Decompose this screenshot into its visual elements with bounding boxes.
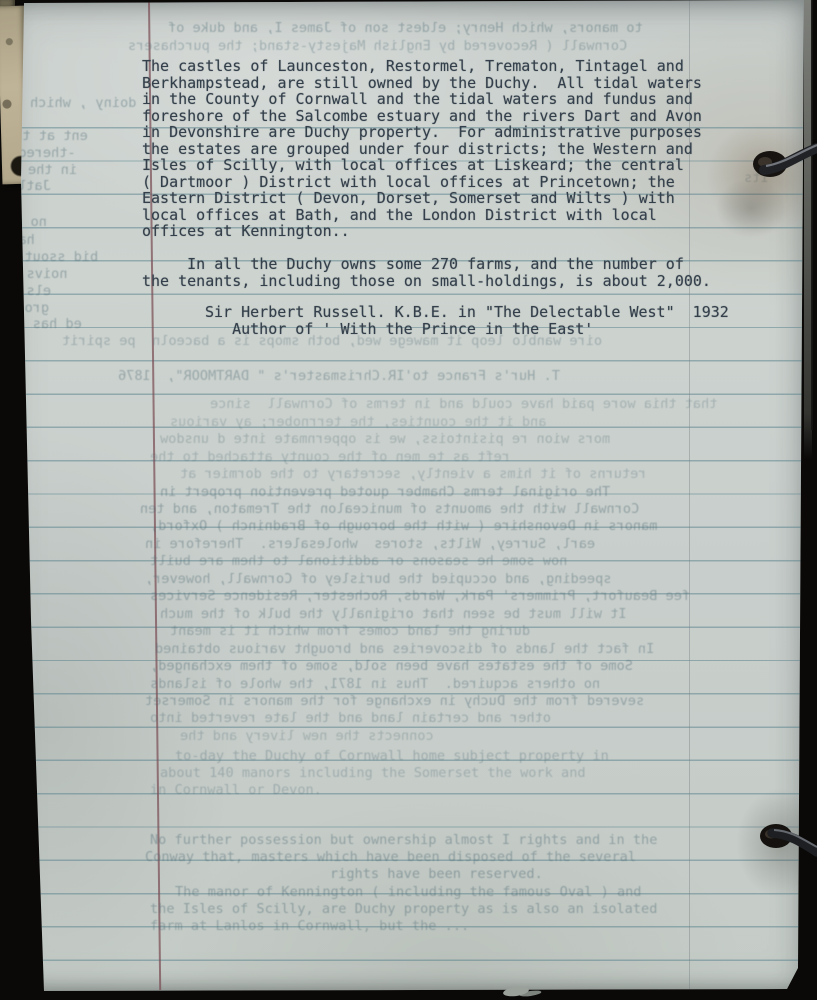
bleed-through-line: in the (28, 162, 77, 178)
bleed-through-line: Some of the estates have been sold, some… (150, 658, 633, 674)
bleed-through-line: to-day the Duchy of Cornwall home subjec… (175, 748, 609, 764)
smudge (716, 178, 786, 238)
typed-paragraph-castles: The castles of Launceston, Restormel, Tr… (142, 58, 702, 240)
bleed-through-line: No further possession but ownership almo… (150, 832, 657, 848)
bleed-through-line: Cornwall ( Recovered by English Majesty-… (128, 38, 627, 54)
bleed-through-line: severed from the Duchy in exchange for t… (145, 693, 644, 709)
bleed-through-line: mors wion re pisintoiss, we is oppernmat… (160, 431, 610, 447)
bleed-through-line: the Isles of Scilly, are Duchy property … (150, 901, 657, 917)
bleed-through-line: no others acquired. Thus in 1871, the wh… (150, 676, 600, 692)
bleed-through-line: now some he seasons or additional to the… (150, 553, 567, 569)
ring-hole-stain-lower (736, 788, 817, 898)
bleed-through-line: reft as te men of the county attached to… (150, 449, 510, 465)
bleed-through-line: doiny , which (30, 95, 136, 111)
bleed-through-line: manors in Devonshire ( with the borough … (150, 518, 657, 534)
notebook-page: to manors, which Henry; eldest son of Ja… (0, 0, 817, 1000)
bleed-through-line: Jatl (18, 178, 51, 194)
bleed-through-line: other and certain land and the late reve… (150, 710, 551, 726)
bleed-through-line: gronon (0, 300, 49, 316)
bleed-through-line: noivs of (2, 266, 67, 282)
bleed-through-line: that thia wore paid have could and in te… (210, 396, 717, 412)
bleed-through-line: fee Beaufort, Primmers' Park, Wards, Roc… (150, 588, 690, 604)
bleed-through-line: The manor of Kennington ( including the … (175, 884, 642, 900)
bleed-through-line: rights have been reserved. (330, 866, 543, 882)
bleed-through-line: have (2, 232, 35, 248)
bleed-through-line: The original terms Chamber quoted preven… (160, 484, 610, 500)
typed-paragraph-farms: In all the Duchy owns some 270 farms, an… (142, 256, 711, 289)
page-stack-edge-line (811, 0, 813, 430)
bleed-through-line: In fact the lands of discoveries and bro… (155, 641, 654, 657)
bleed-through-line: farm at Lanlos in Cornwall, but the ... (150, 918, 469, 934)
bleed-through-line: Cornwall with the amounts of municealon … (140, 501, 639, 517)
bleed-through-line: ed has tha (0, 316, 82, 332)
bleed-through-line: Conway that, masters which have been dis… (145, 849, 636, 865)
bleed-through-line: returns of it hims a viently, secretary … (180, 466, 647, 482)
bleed-through-line: about 140 manors including the Somerset … (160, 765, 586, 781)
bleed-through-line: T. Hur's France to'IR.Chrismaster's " DA… (118, 368, 560, 384)
bleed-through-line: in Cornwall or Devon. (150, 782, 322, 798)
bleed-through-line: connects the new livery and the (180, 728, 434, 744)
bleed-through-line: to manors, which Henry; eldest son of Ja… (168, 20, 643, 36)
bleed-through-line: no mo (6, 214, 47, 230)
typed-attribution: Sir Herbert Russell. K.B.E. in "The Dele… (205, 304, 729, 337)
photo-scene: to manors, which Henry; eldest son of Ja… (0, 0, 817, 1000)
bleed-through-line: and it the counties, the terrnober; ay v… (170, 414, 546, 430)
bleed-through-line: speeding, and occupied the burisley of C… (145, 571, 612, 587)
bleed-through-line: earl, Surrey, Wilts, stores wholesalers.… (145, 536, 595, 552)
bleed-through-line: during the land comes from which it is m… (170, 623, 530, 639)
bleed-through-line: els at (2, 283, 51, 299)
bleed-through-line: bid ssout it (0, 249, 98, 265)
bleed-through-line: It will must be seen that originally the… (160, 606, 627, 622)
